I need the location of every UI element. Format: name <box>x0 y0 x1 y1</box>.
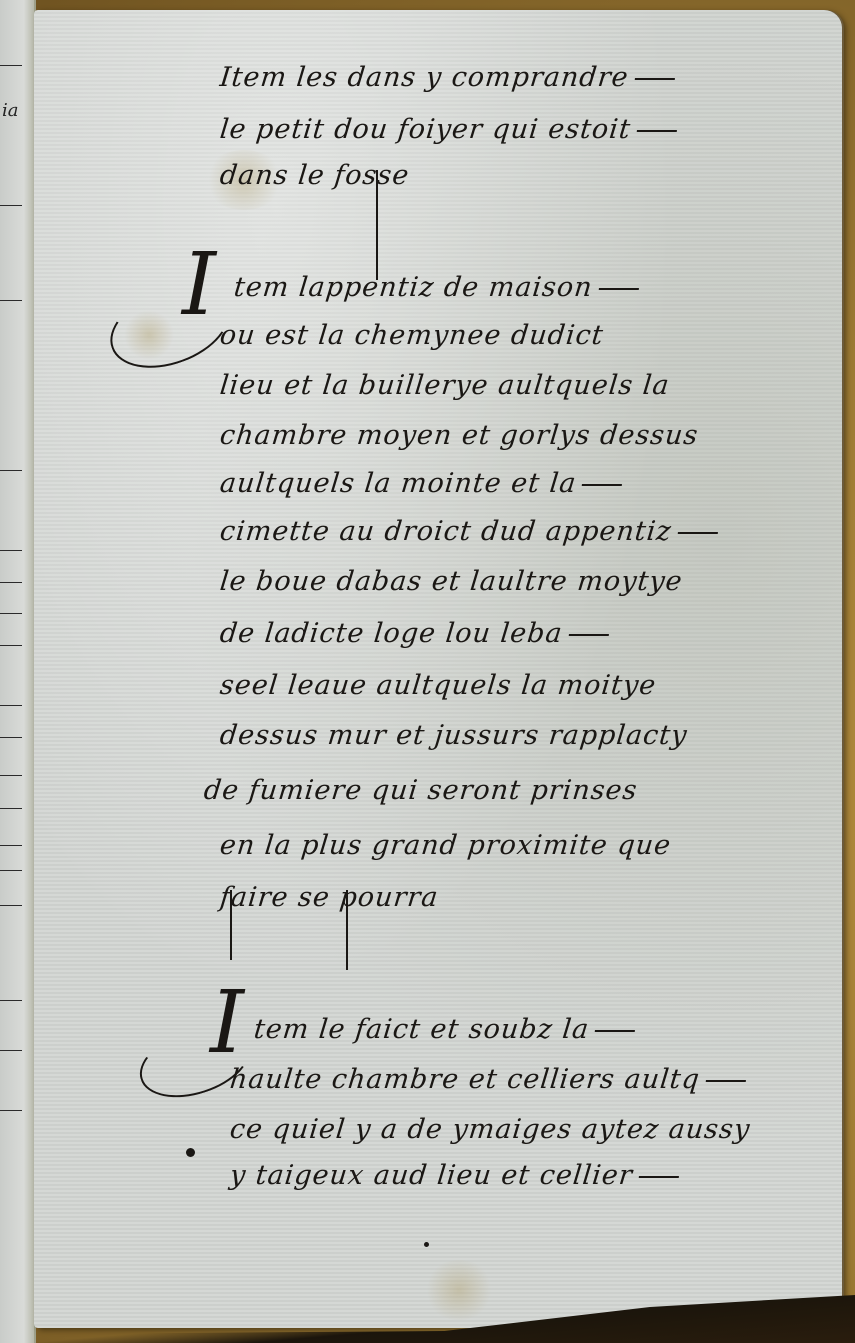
text-line: aultquels la mointe et la <box>218 468 624 499</box>
line-text: lieu et la buillerye aultquels la <box>218 370 671 401</box>
ruling-line <box>0 470 22 471</box>
text-line: le boue dabas et laultre moytye <box>218 566 684 597</box>
ruling-line <box>0 550 22 551</box>
line-text: chambre moyen et gorlys dessus <box>218 420 700 451</box>
text-line: lieu et la buillerye aultquels la <box>218 370 671 401</box>
text-line: le petit dou foiyer qui estoit <box>218 114 678 145</box>
text-line: de fumiere qui seront prinses <box>202 775 639 806</box>
line-text: dessus mur et jussurs rapplacty <box>218 720 689 751</box>
line-text: faire se pourra <box>218 882 440 913</box>
initial-flourish <box>99 271 241 383</box>
line-text: Item les dans y comprandre <box>218 62 630 93</box>
long-s-stroke <box>376 170 378 280</box>
text-line: faire se pourra <box>218 882 440 913</box>
line-text: le boue dabas et laultre moytye <box>218 566 684 597</box>
underlying-page-edge: ia <box>0 0 36 1343</box>
ruling-line <box>0 300 22 301</box>
ruling-line <box>0 1110 22 1111</box>
long-s-stroke <box>230 890 232 960</box>
line-text: en la plus grand proximite que <box>218 830 672 861</box>
text-line: ou est la chemynee dudict <box>218 320 605 351</box>
line-filler <box>639 1176 679 1178</box>
line-filler <box>637 130 677 132</box>
margin-fragment-text: ia <box>2 100 19 121</box>
long-s-stroke <box>346 890 348 970</box>
stain <box>424 1260 494 1320</box>
ruling-line <box>0 1000 22 1001</box>
text-line: tem le faict et soubz la <box>252 1014 636 1045</box>
text-line: Item les dans y comprandre <box>218 62 676 93</box>
text-line: y taigeux aud lieu et cellier <box>228 1160 680 1191</box>
line-filler <box>568 634 608 636</box>
line-text: ce quiel y a de ymaiges aytez aussy <box>228 1114 752 1145</box>
text-line: cimette au droict dud appentiz <box>218 516 719 547</box>
line-text: aultquels la mointe et la <box>218 468 578 499</box>
line-text: tem le faict et soubz la <box>252 1014 590 1045</box>
text-line: dessus mur et jussurs rapplacty <box>218 720 689 751</box>
line-text: y taigeux aud lieu et cellier <box>228 1160 634 1191</box>
ruling-line <box>0 582 22 583</box>
ruling-line <box>0 645 22 646</box>
ruling-line <box>0 705 22 706</box>
text-line: chambre moyen et gorlys dessus <box>218 420 700 451</box>
line-text: le petit dou foiyer qui estoit <box>218 114 632 145</box>
line-text: dans le fosse <box>218 160 411 191</box>
text-line: en la plus grand proximite que <box>218 830 672 861</box>
line-text: de ladicte loge lou leba <box>218 618 564 649</box>
line-filler <box>595 1030 635 1032</box>
line-filler <box>677 532 717 534</box>
ruling-line <box>0 1050 22 1051</box>
worm-hole <box>186 1148 195 1157</box>
ruling-line <box>0 205 22 206</box>
ruling-line <box>0 613 22 614</box>
line-filler <box>706 1080 746 1082</box>
text-line: ce quiel y a de ymaiges aytez aussy <box>228 1114 752 1145</box>
text-line: tem lappentiz de maison <box>232 272 640 303</box>
ink-spot <box>424 1242 429 1247</box>
text-line: dans le fosse <box>218 160 411 191</box>
line-text: ou est la chemynee dudict <box>218 320 605 351</box>
line-filler <box>634 78 674 80</box>
line-text: cimette au droict dud appentiz <box>218 516 673 547</box>
ruling-line <box>0 808 22 809</box>
line-text: seel leaue aultquels la moitye <box>218 670 658 701</box>
ruling-line <box>0 905 22 906</box>
line-text: de fumiere qui seront prinses <box>202 775 639 806</box>
text-line: haulte chambre et celliers aultq <box>228 1064 747 1095</box>
ruling-line <box>0 870 22 871</box>
line-filler <box>598 288 638 290</box>
line-text: tem lappentiz de maison <box>232 272 594 303</box>
text-line: de ladicte loge lou leba <box>218 618 610 649</box>
ruling-line <box>0 845 22 846</box>
ruling-line <box>0 775 22 776</box>
manuscript-page: Item les dans y comprandre le petit dou … <box>34 10 842 1328</box>
line-filler <box>582 484 622 486</box>
ruling-line <box>0 737 22 738</box>
text-line: seel leaue aultquels la moitye <box>218 670 658 701</box>
ruling-line <box>0 65 22 66</box>
line-text: haulte chambre et celliers aultq <box>228 1064 701 1095</box>
